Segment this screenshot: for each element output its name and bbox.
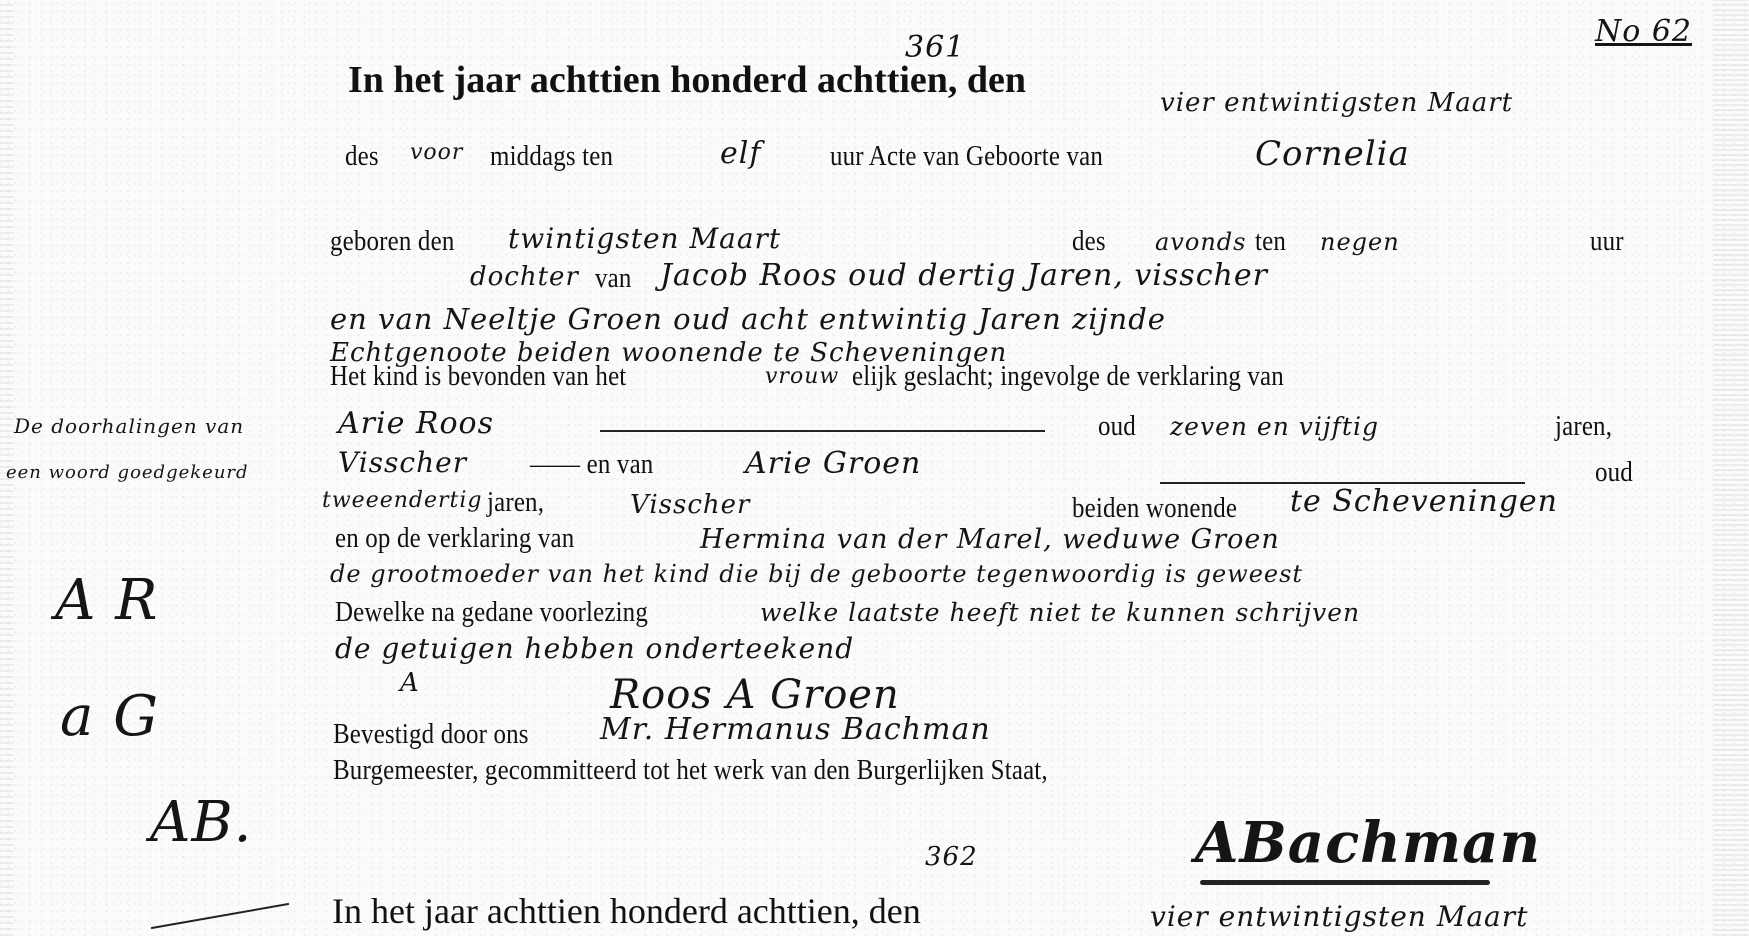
mother-hand: en van Neeltje Groen oud acht entwintig … — [330, 302, 1166, 336]
mayor-signature: ABachman — [1195, 810, 1541, 876]
signing-note-hand: welke laatste heeft niet te kunnen schri… — [760, 598, 1360, 627]
margin-flourish — [151, 903, 289, 929]
officer-name-hand: Mr. Hermanus Bachman — [600, 712, 991, 747]
witness1-occupation-hand: Visscher — [338, 446, 467, 479]
signature-mark: A — [400, 668, 420, 698]
witness2-age-hand: tweeendertig — [322, 488, 482, 513]
line13-voorlezing: Dewelke na gedane voorlezing — [335, 596, 648, 629]
line2-acte: uur Acte van Geboorte van — [830, 140, 1103, 173]
line11-verklaring: en op de verklaring van — [335, 522, 574, 555]
next-act-opening-print: In het jaar achttien honderd achttien, d… — [332, 891, 921, 931]
fill-line — [600, 430, 1045, 432]
child-name-hand: Cornelia — [1255, 134, 1410, 174]
margin-initials-1: A R — [55, 568, 158, 633]
line2-elf-hand: elf — [720, 136, 761, 171]
relation-hand: dochter — [470, 262, 579, 292]
line8-jaren: jaren, — [1555, 410, 1612, 443]
witness2-occupation-hand: Visscher — [630, 490, 750, 520]
line3-uur: uur — [1590, 225, 1624, 258]
margin-initials-3: AB. — [150, 790, 252, 855]
witness2-name-hand: Arie Groen — [745, 446, 921, 481]
father-hand: Jacob Roos oud dertig Jaren, visscher — [660, 258, 1268, 293]
line3-ten: ten — [1255, 225, 1286, 258]
line15-bevestigd: Bevestigd door ons — [333, 718, 529, 751]
declarant-relation-hand: de grootmoeder van het kind die bij de g… — [330, 560, 1303, 588]
scan-edge-right — [1713, 0, 1749, 936]
line9-en-van: —— en van — [530, 448, 653, 481]
line2-voor-hand: voor — [410, 140, 463, 165]
line8-oud: oud — [1098, 410, 1136, 443]
birth-date-hand: twintigsten Maart — [508, 222, 781, 255]
line10-beiden-wonende: beiden wonende — [1072, 492, 1237, 525]
line3-geboren-den: geboren den — [330, 225, 454, 258]
act-opening-print: In het jaar achttien honderd achttien, d… — [348, 59, 1026, 101]
witness1-name-hand: Arie Roos — [338, 406, 494, 441]
line10-jaren: jaren, — [487, 486, 544, 519]
birth-hour-hand: negen — [1320, 228, 1400, 256]
register-number: No 62 — [1595, 14, 1692, 49]
line7-geslacht: elijk geslacht; ingevolge de verklaring … — [852, 360, 1284, 393]
next-act-line-1: In het jaar achttien honderd achttien, d… — [332, 890, 921, 932]
birth-daypart-hand: avonds — [1155, 228, 1246, 256]
next-act-date-hand: vier entwintigsten Maart — [1150, 900, 1528, 933]
line9-oud: oud — [1595, 456, 1633, 489]
margin-note-line1: De doorhalingen van — [14, 414, 244, 438]
line3-des: des — [1072, 225, 1106, 258]
witness-residence-hand: te Scheveningen — [1290, 484, 1558, 519]
signature-flourish — [1200, 880, 1490, 885]
line2-des: des — [345, 140, 379, 173]
line4-van: van — [595, 262, 632, 295]
act-date-hand: vier entwintigsten Maart — [1160, 88, 1513, 118]
sex-hand: vrouw — [765, 364, 839, 389]
folio-number-bottom: 362 — [925, 842, 978, 872]
margin-note-line2: een woord goedgekeurd — [6, 462, 249, 483]
witness1-age-hand: zeven en vijftig — [1170, 412, 1379, 441]
line2-middags: middags ten — [490, 140, 613, 173]
declarant-hand: Hermina van der Marel, weduwe Groen — [700, 524, 1280, 555]
witnesses-signed-hand: de getuigen hebben onderteekend — [335, 632, 854, 665]
line7-kind: Het kind is bevonden van het — [330, 360, 626, 393]
act-line-1: In het jaar achttien honderd achttien, d… — [348, 58, 1026, 102]
margin-initials-2: a G — [60, 684, 159, 749]
line16-burgemeester: Burgemeester, gecommitteerd tot het werk… — [333, 754, 1048, 787]
